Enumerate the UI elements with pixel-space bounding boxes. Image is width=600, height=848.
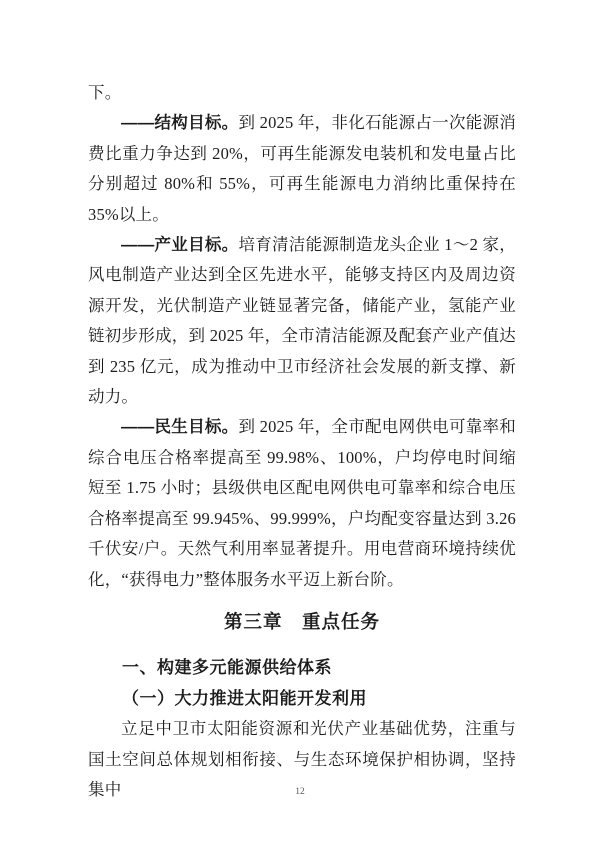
- paragraph-text: 下。: [88, 83, 121, 102]
- subsection-heading: （一）大力推进太阳能开发利用: [88, 684, 516, 714]
- section-heading: 一、构建多元能源供给体系: [88, 653, 516, 683]
- paragraph-structure-goal: ——结构目标。到 2025 年，非化石能源占一次能源消费比重力争达到 20%，可…: [88, 108, 516, 230]
- goal-body-livelihood: 到 2025 年，全市配电网供电可靠率和综合电压合格率提高至 99.98%、10…: [88, 417, 516, 588]
- goal-lead-industry: ——产业目标。: [121, 236, 238, 254]
- goal-body-industry: 培育清洁能源制造龙头企业 1～2 家，风电制造产业达到全区先进水平，能够支持区内…: [88, 235, 516, 406]
- paragraph-livelihood-goal: ——民生目标。到 2025 年，全市配电网供电可靠率和综合电压合格率提高至 99…: [88, 412, 516, 594]
- goal-lead-livelihood: ——民生目标。: [121, 418, 238, 436]
- goal-lead-structure: ——结构目标。: [121, 114, 238, 132]
- page-number-value: 12: [295, 787, 305, 797]
- paragraph-continuation: 下。: [88, 78, 516, 108]
- page-content: 下。 ——结构目标。到 2025 年，非化石能源占一次能源消费比重力争达到 20…: [88, 78, 516, 805]
- paragraph-industry-goal: ——产业目标。培育清洁能源制造龙头企业 1～2 家，风电制造产业达到全区先进水平…: [88, 230, 516, 412]
- chapter-heading: 第三章 重点任务: [88, 607, 516, 637]
- page-number: 12: [0, 787, 600, 797]
- document-page: 下。 ——结构目标。到 2025 年，非化石能源占一次能源消费比重力争达到 20…: [0, 0, 600, 848]
